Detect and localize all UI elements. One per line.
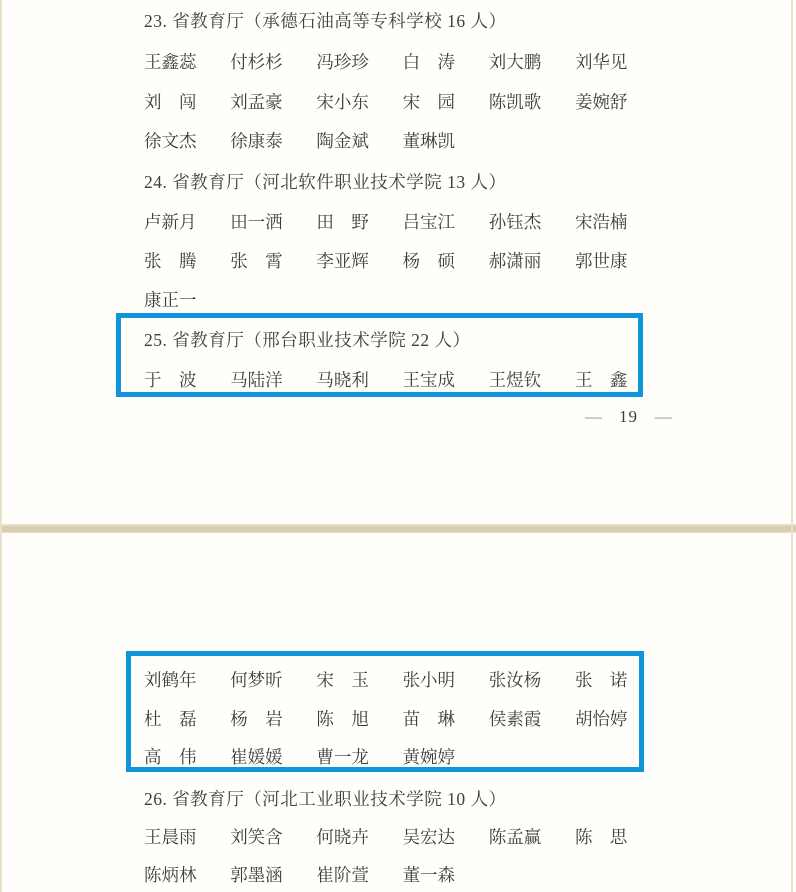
- person-name: 宋小东: [316, 90, 369, 114]
- person-name: 杨 硕: [403, 249, 456, 273]
- person-name: 刘华见: [575, 50, 628, 74]
- person-name: 王鑫蕊: [144, 50, 197, 74]
- person-name: 王晨雨: [144, 825, 197, 849]
- person-name: 董一森: [403, 863, 456, 887]
- person-name: 郭世康: [575, 249, 628, 273]
- name-row: 刘 闯 刘孟豪 宋小东 宋 园 陈凯歌 姜婉舒: [144, 90, 628, 114]
- person-name: 崔阶萱: [316, 863, 369, 887]
- person-name: 刘笑含: [230, 825, 283, 849]
- person-name: 郭墨涵: [230, 863, 283, 887]
- person-name: 陈炳林: [144, 863, 197, 887]
- person-name: 宋 园: [403, 90, 456, 114]
- person-name: 李亚辉: [316, 249, 369, 273]
- person-name: 徐康泰: [230, 129, 283, 153]
- section-heading-23: 23. 省教育厅（承德石油高等专科学校 16 人）: [144, 9, 628, 33]
- person-name: 张 腾: [144, 249, 197, 273]
- name-row: 王鑫蕊 付杉杉 冯珍珍 白 涛 刘大鹏 刘华见: [144, 50, 628, 74]
- section-heading-26: 26. 省教育厅（河北工业职业技术学院 10 人）: [144, 787, 628, 811]
- document-page-2: 刘鹤年 何梦昕 宋 玉 张小明 张汝杨 张 诺 杜 磊 杨 岩 陈 旭 苗 琳 …: [0, 533, 796, 892]
- person-name: 姜婉舒: [575, 90, 628, 114]
- person-name: 张 霄: [230, 249, 283, 273]
- person-name: 郝潇丽: [489, 249, 542, 273]
- person-name: 董琳凯: [403, 129, 456, 153]
- person-name: 孙钰杰: [489, 210, 542, 234]
- name-row: 张 腾 张 霄 李亚辉 杨 硕 郝潇丽 郭世康: [144, 249, 628, 273]
- person-name: 白 涛: [403, 50, 456, 74]
- person-name: 徐文杰: [144, 129, 197, 153]
- document-viewer: { "colors": { "highlight_box": "#1095dc"…: [0, 0, 796, 892]
- name-row: 王晨雨 刘笑含 何晓卉 吴宏达 陈孟赢 陈 思: [144, 825, 628, 849]
- document-page-1: 23. 省教育厅（承德石油高等专科学校 16 人） 王鑫蕊 付杉杉 冯珍珍 白 …: [0, 0, 796, 524]
- name-row: 陈炳林 郭墨涵 崔阶萱 董一森: [144, 863, 628, 887]
- page-right-edge-line: [791, 0, 793, 892]
- person-name: 田 野: [316, 210, 369, 234]
- person-name: 宋浩楠: [575, 210, 628, 234]
- person-name: 陈凯歌: [489, 90, 542, 114]
- person-name: 何晓卉: [316, 825, 369, 849]
- name-row: 卢新月 田一洒 田 野 吕宝江 孙钰杰 宋浩楠: [144, 210, 628, 234]
- page-number-dash-right: —: [655, 406, 672, 428]
- page-number-value: 19: [619, 406, 638, 428]
- person-name: 陈孟赢: [489, 825, 542, 849]
- person-name: 冯珍珍: [316, 50, 369, 74]
- person-name: 陶金斌: [316, 129, 369, 153]
- name-row: 康正一: [144, 288, 628, 312]
- person-name: 刘 闯: [144, 90, 197, 114]
- page-number: — 19 —: [585, 406, 672, 428]
- person-name: 陈 思: [575, 825, 628, 849]
- person-name: 付杉杉: [230, 50, 283, 74]
- person-name: 刘孟豪: [230, 90, 283, 114]
- page-left-edge-line: [0, 0, 2, 892]
- person-name: 田一洒: [230, 210, 283, 234]
- person-name: 卢新月: [144, 210, 197, 234]
- person-name: 康正一: [144, 288, 197, 312]
- person-name: 刘大鹏: [489, 50, 542, 74]
- person-name: 吴宏达: [403, 825, 456, 849]
- section-heading-24: 24. 省教育厅（河北软件职业技术学院 13 人）: [144, 170, 628, 194]
- page-gap: [0, 524, 796, 533]
- highlight-box-section-25: [116, 313, 643, 397]
- person-name: 吕宝江: [403, 210, 456, 234]
- highlight-box-section-25-continued: [126, 651, 644, 772]
- name-row: 徐文杰 徐康泰 陶金斌 董琳凯: [144, 129, 628, 153]
- page-number-dash-left: —: [585, 406, 602, 428]
